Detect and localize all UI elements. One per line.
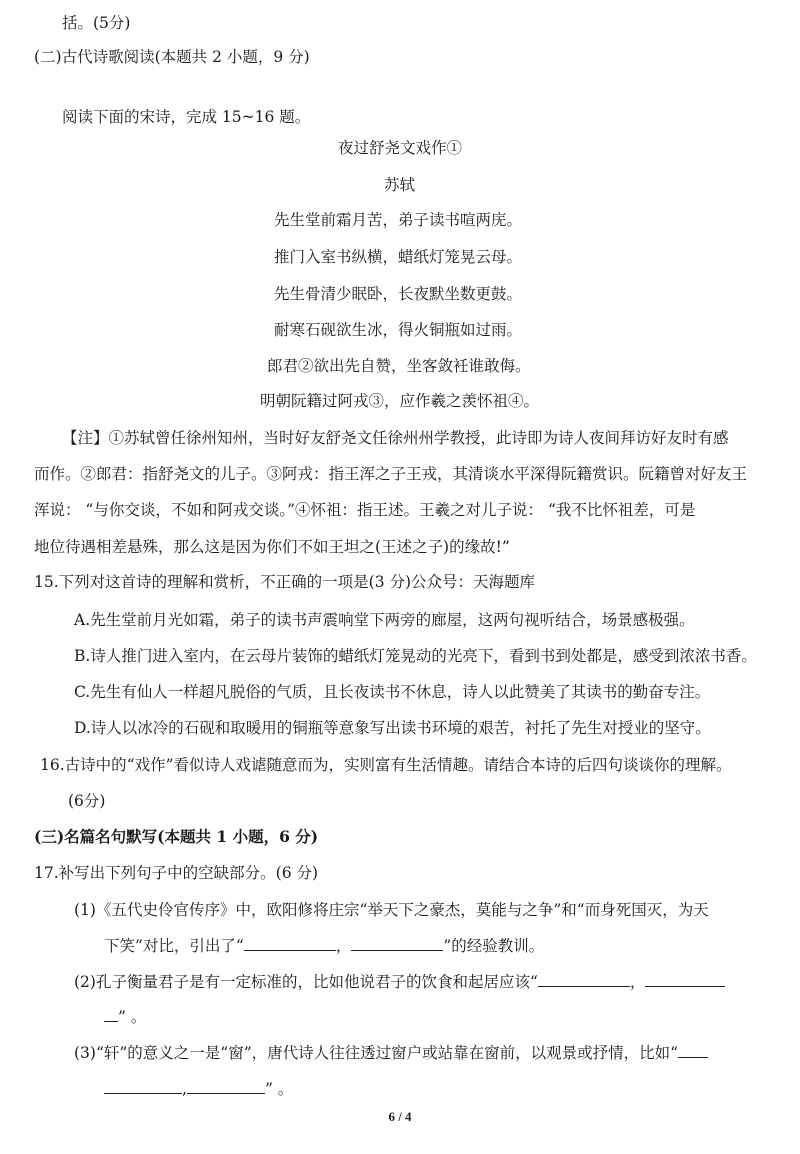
item-3-text: (3)“轩”的意义之一是“窗”，唐代诗人往往透过窗户或站靠在窗前，以观景或抒情，… xyxy=(74,1044,678,1062)
item-1-text-after: ”的经验教训。 xyxy=(443,937,544,955)
question-17-item-3-line-1: (3)“轩”的意义之一是“窗”，唐代诗人往往透过窗户或站靠在窗前，以观景或抒情，… xyxy=(74,1043,708,1063)
question-16-stem: 16.古诗中的“戏作”看似诗人戏谑随意而为，实则富有生活情趣。请结合本诗的后四句… xyxy=(40,755,732,775)
poem-title: 夜过舒尧文戏作① xyxy=(338,138,462,158)
answer-blank-1b[interactable] xyxy=(351,936,443,951)
poem-line-1: 先生堂前霜月苦，弟子读书喧两庑。 xyxy=(274,210,522,230)
item-2-end: ” 。 xyxy=(118,1008,146,1026)
question-17-item-2-line-2: ” 。 xyxy=(104,1007,146,1027)
item-3-end: ” 。 xyxy=(265,1080,293,1098)
poem-line-3: 先生骨清少眠卧，长夜默坐数更鼓。 xyxy=(274,284,522,304)
question-15-option-b: B.诗人推门进入室内，在云母片装饰的蜡纸灯笼晃动的光亮下，看到书到处都是，感受到… xyxy=(74,646,757,666)
answer-blank-3a-continued[interactable] xyxy=(104,1079,182,1094)
question-17-item-1-line-1: (1)《五代史伶官传序》中，欧阳修将庄宗“举天下之豪杰，莫能与之争”和“而身死国… xyxy=(74,900,709,920)
previous-question-fragment: 括。(5分) xyxy=(62,13,130,33)
poem-note-line-2: 而作。②郎君：指舒尧文的儿子。③阿戎：指王浑之子王戎，其清谈水平深得阮籍赏识。阮… xyxy=(34,464,747,484)
answer-blank-3b[interactable] xyxy=(187,1079,265,1094)
question-15-option-d: D.诗人以冰冷的石砚和取暖用的铜瓶等意象写出读书环境的艰苦，衬托了先生对授业的坚… xyxy=(74,718,711,738)
page-number: 6 / 4 xyxy=(0,1107,800,1127)
answer-blank-2b-continued[interactable] xyxy=(104,1007,118,1022)
question-17-item-1-line-2: 下笑”对比，引出了“，”的经验教训。 xyxy=(104,936,544,956)
item-1-text-before: 下笑”对比，引出了“ xyxy=(104,937,244,955)
poem-author: 苏轼 xyxy=(384,175,415,195)
poem-instructions: 阅读下面的宋诗，完成 15~16 题。 xyxy=(62,107,310,127)
question-17-stem: 17.补写出下列句子中的空缺部分。(6 分) xyxy=(34,863,318,883)
poem-note-line-3: 浑说： “与你交谈，不如和阿戎交谈。”④怀祖：指王述。王羲之对儿子说： “我不比… xyxy=(34,500,695,520)
question-15-option-a: A.先生堂前月光如霜，弟子的读书声震响堂下两旁的廊屋，这两句视听结合，场景感极强… xyxy=(74,610,695,630)
question-17-item-2-line-1: (2)孔子衡量君子是有一定标准的，比如他说君子的饮食和起居应该“， xyxy=(74,972,725,992)
question-16-score: (6分) xyxy=(68,791,105,811)
question-15-option-c: C.先生有仙人一样超凡脱俗的气质，且长夜读书不休息，诗人以此赞美了其读书的勤奋专… xyxy=(74,682,710,702)
item-2-text: (2)孔子衡量君子是有一定标准的，比如他说君子的饮食和起居应该“ xyxy=(74,973,538,991)
poem-line-2: 推门入室书纵横，蜡纸灯笼晃云母。 xyxy=(274,247,522,267)
section-2-heading: (二)古代诗歌阅读(本题共 2 小题，9 分) xyxy=(34,47,310,67)
item-2-separator: ， xyxy=(630,973,646,991)
poem-line-6: 明朝阮籍过阿戎③，应作羲之羡怀祖④。 xyxy=(260,391,539,411)
question-15-stem: 15.下列对这首诗的理解和赏析，不正确的一项是(3 分)公众号：天海题库 xyxy=(34,572,535,592)
section-3-heading: (三)名篇名句默写(本题共 1 小题，6 分) xyxy=(34,827,318,847)
answer-blank-1a[interactable] xyxy=(244,936,336,951)
poem-line-4: 耐寒石砚欲生冰，得火铜瓶如过雨。 xyxy=(274,320,522,340)
question-17-item-3-line-2: ,” 。 xyxy=(104,1079,293,1099)
poem-line-5: 郎君②欲出先自赞，坐客敛衽谁敢侮。 xyxy=(267,356,531,376)
answer-blank-2b[interactable] xyxy=(645,972,725,987)
answer-blank-3a[interactable] xyxy=(678,1043,708,1058)
poem-note-line-4: 地位待遇相差悬殊，那么这是因为你们不如王坦之(王述之子)的缘故!” xyxy=(34,537,510,557)
poem-note-line-1: 【注】①苏轼曾任徐州知州，当时好友舒尧文任徐州州学教授，此诗即为诗人夜间拜访好友… xyxy=(62,428,729,448)
answer-blank-2a[interactable] xyxy=(538,972,630,987)
item-1-separator: ， xyxy=(336,937,352,955)
